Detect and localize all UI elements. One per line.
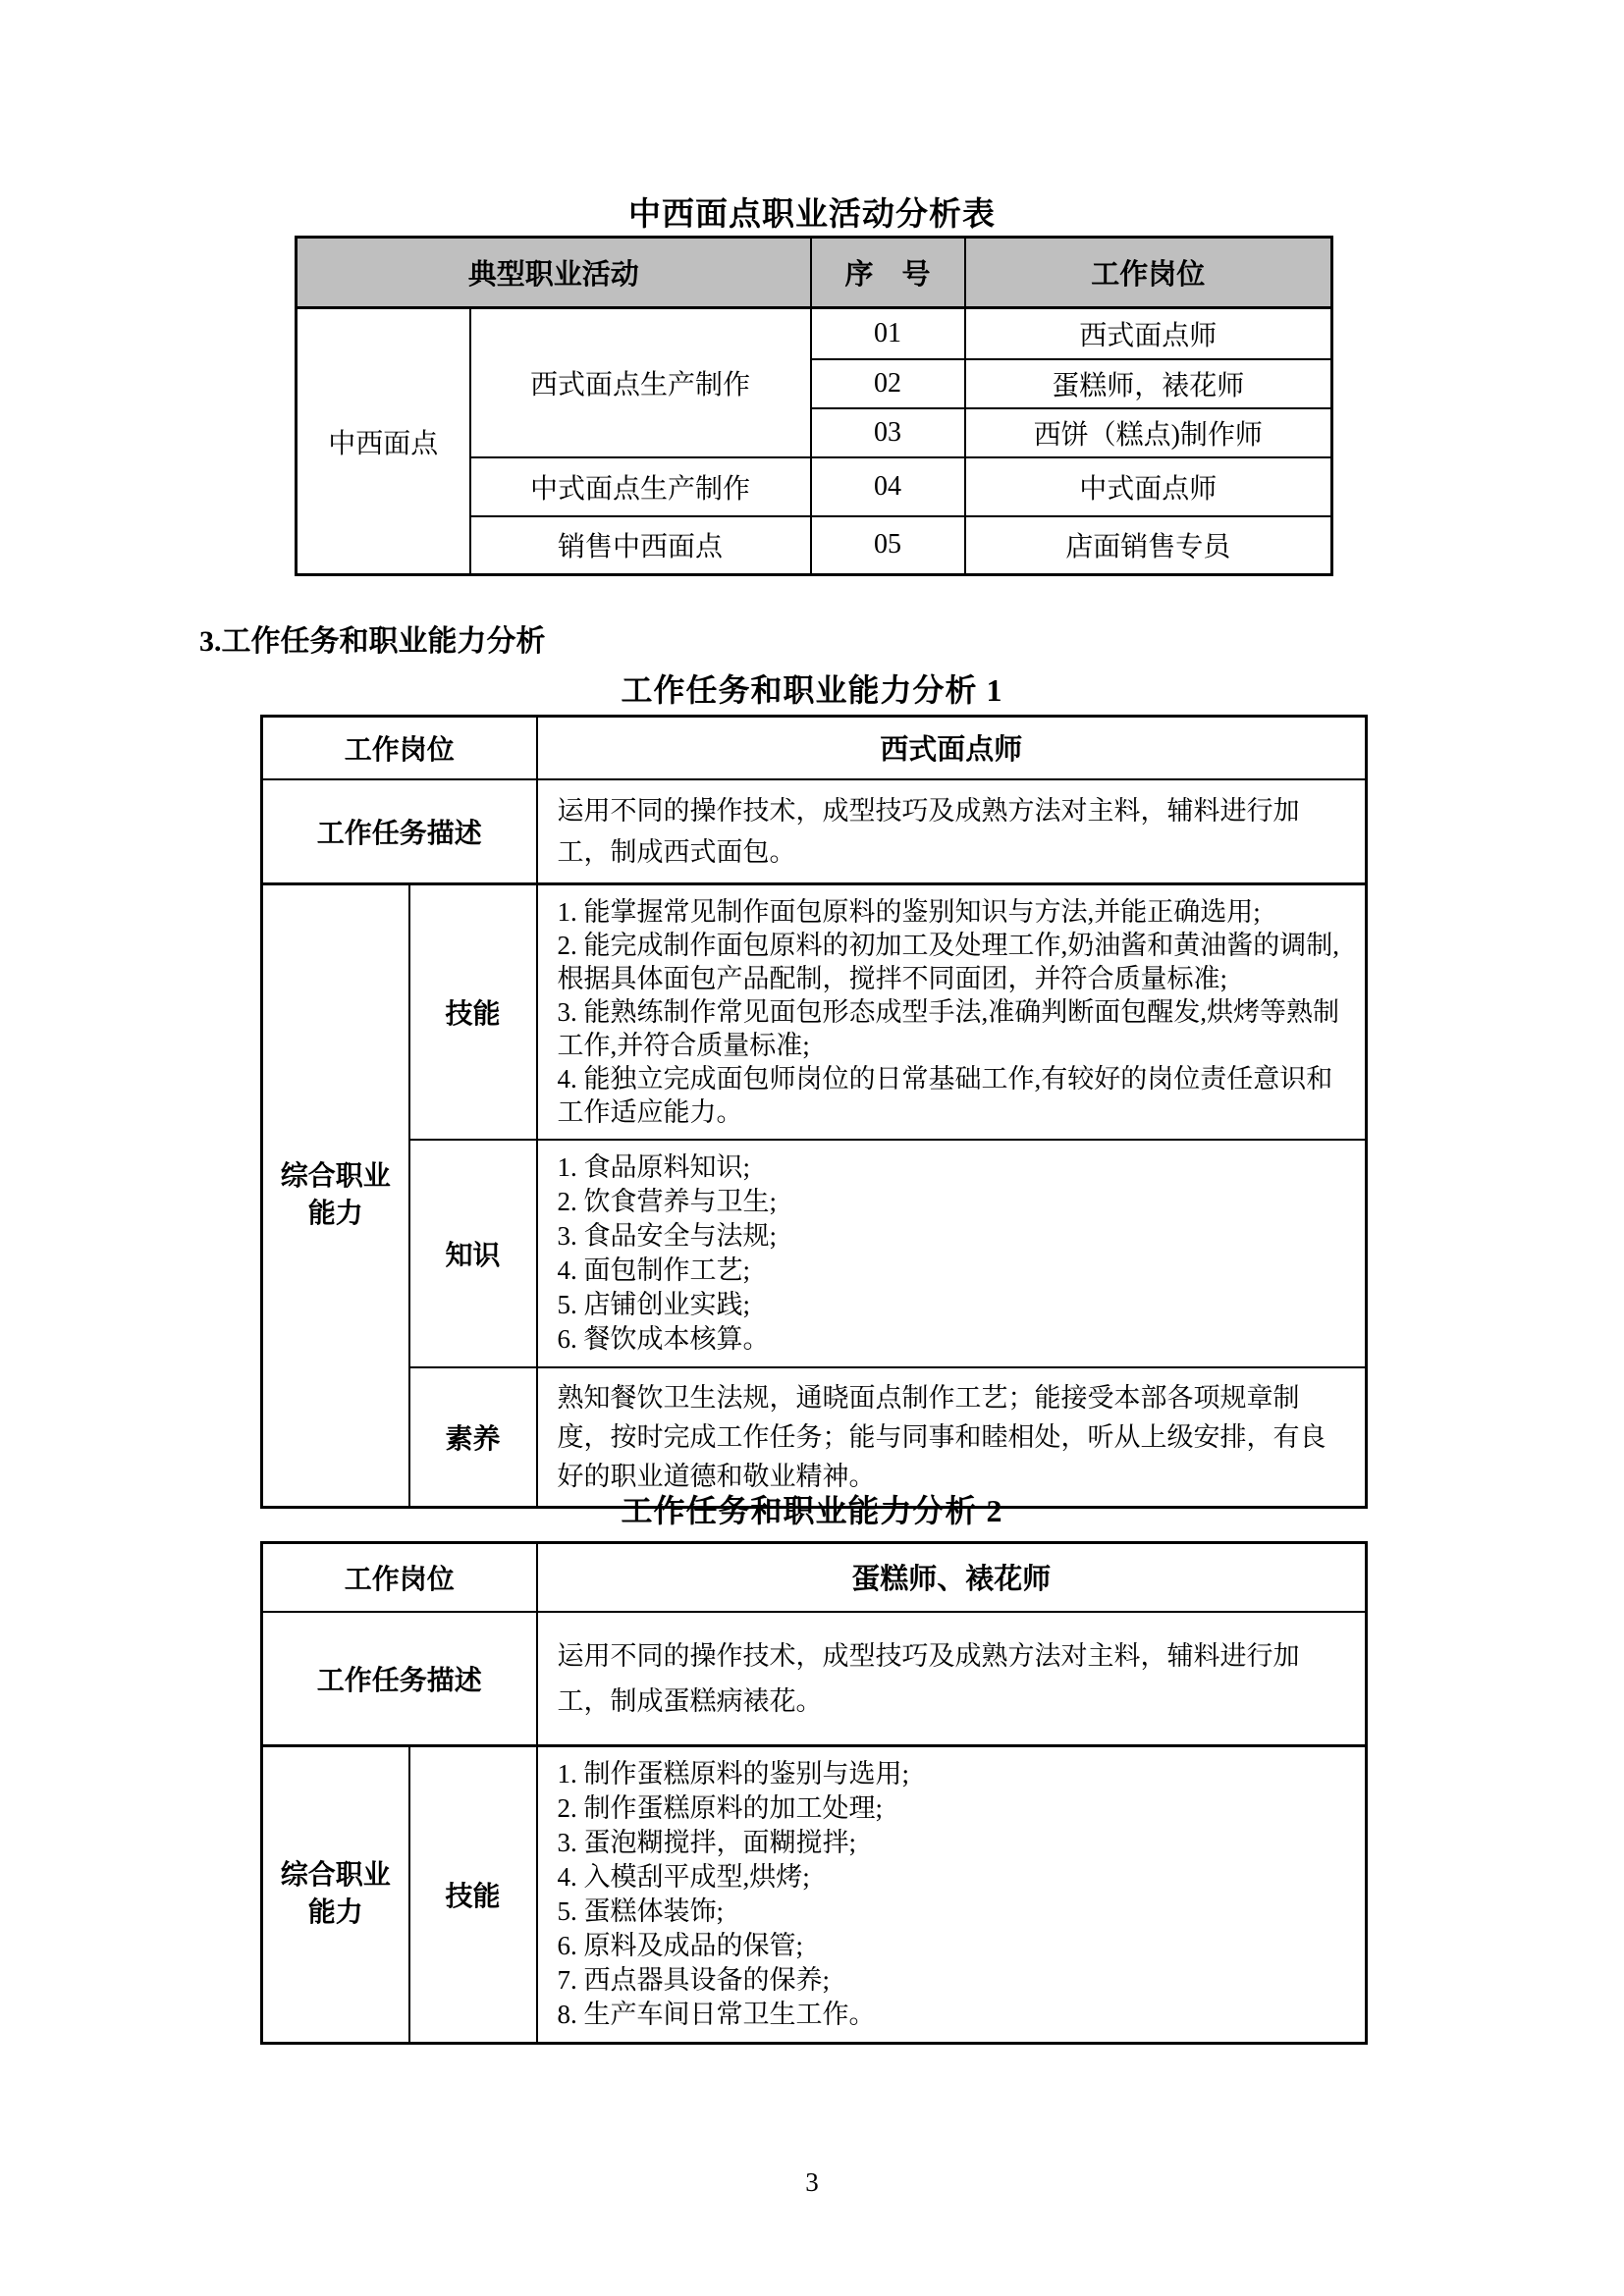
position-cell: 店面销售专员 xyxy=(965,516,1332,575)
list-item: 2. 能完成制作面包原料的初加工及处理工作,奶油酱和黄油酱的调制,根据具体面包产… xyxy=(558,929,1350,995)
table-row: 中西面点 西式面点生产制作 01 西式面点师 xyxy=(297,308,1332,359)
analysis2-title: 工作任务和职业能力分析 2 xyxy=(0,1486,1624,1531)
knowledge-label-cell: 知识 xyxy=(409,1140,537,1367)
serial-cell: 05 xyxy=(811,516,965,575)
activity-cell: 中式面点生产制作 xyxy=(470,457,811,516)
serial-cell: 02 xyxy=(811,359,965,408)
list-item: 1. 食品原料知识; xyxy=(558,1150,1350,1185)
job-label-cell: 工作岗位 xyxy=(262,1543,537,1612)
position-cell: 蛋糕师，裱花师 xyxy=(965,359,1332,408)
job-row: 工作岗位 西式面点师 xyxy=(262,717,1367,779)
category-cell: 中西面点 xyxy=(297,308,470,575)
ability-label: 综合职业能力 xyxy=(271,1857,401,1932)
task-row: 工作任务描述 运用不同的操作技术，成型技巧及成熟方法对主料，辅料进行加工，制成蛋… xyxy=(262,1612,1367,1746)
job-value-cell: 蛋糕师、裱花师 xyxy=(537,1543,1367,1612)
job-value-cell: 西式面点师 xyxy=(537,717,1367,779)
list-item: 6. 餐饮成本核算。 xyxy=(558,1322,1350,1357)
ability-label-cell: 综合职业能力 xyxy=(262,883,409,1507)
list-item: 4. 入模刮平成型,烘烤; xyxy=(558,1860,1350,1895)
position-cell: 中式面点师 xyxy=(965,457,1332,516)
list-item: 2. 饮食营养与卫生; xyxy=(558,1185,1350,1219)
task-value-cell: 运用不同的操作技术，成型技巧及成熟方法对主料，辅料进行加工，制成蛋糕病裱花。 xyxy=(537,1612,1367,1746)
task-label-cell: 工作任务描述 xyxy=(262,779,537,884)
list-item: 7. 西点器具设备的保养; xyxy=(558,1963,1350,1998)
list-item: 5. 店铺创业实践; xyxy=(558,1288,1350,1322)
serial-cell: 04 xyxy=(811,457,965,516)
activity-cell: 西式面点生产制作 xyxy=(470,308,811,457)
task-value-cell: 运用不同的操作技术，成型技巧及成熟方法对主料，辅料进行加工，制成西式面包。 xyxy=(537,779,1367,884)
list-item: 1. 能掌握常见制作面包原料的鉴别知识与方法,并能正确选用; xyxy=(558,895,1350,929)
analysis2-table: 工作岗位 蛋糕师、裱花师 工作任务描述 运用不同的操作技术，成型技巧及成熟方法对… xyxy=(260,1541,1368,2045)
list-item: 6. 原料及成品的保管; xyxy=(558,1929,1350,1963)
header-serial: 序 号 xyxy=(811,238,965,308)
skill-label-cell: 技能 xyxy=(409,883,537,1140)
ability-label-cell: 综合职业能力 xyxy=(262,1746,409,2044)
list-item: 3. 蛋泡糊搅拌，面糊搅拌; xyxy=(558,1826,1350,1860)
list-item: 8. 生产车间日常卫生工作。 xyxy=(558,1998,1350,2032)
task-label-cell: 工作任务描述 xyxy=(262,1612,537,1746)
list-item: 3. 能熟练制作常见面包形态成型手法,准确判断面包醒发,烘烤等熟制工作,并符合质… xyxy=(558,995,1350,1062)
knowledge-row: 知识 1. 食品原料知识;2. 饮食营养与卫生;3. 食品安全与法规;4. 面包… xyxy=(262,1140,1367,1367)
list-item: 2. 制作蛋糕原料的加工处理; xyxy=(558,1791,1350,1826)
serial-cell: 01 xyxy=(811,308,965,359)
skill-list-cell: 1. 制作蛋糕原料的鉴别与选用;2. 制作蛋糕原料的加工处理;3. 蛋泡糊搅拌，… xyxy=(537,1746,1367,2044)
list-item: 5. 蛋糕体装饰; xyxy=(558,1895,1350,1929)
knowledge-list-cell: 1. 食品原料知识;2. 饮食营养与卫生;3. 食品安全与法规;4. 面包制作工… xyxy=(537,1140,1367,1367)
list-item: 4. 面包制作工艺; xyxy=(558,1254,1350,1288)
skill-label-cell: 技能 xyxy=(409,1746,537,2044)
table1-title: 中西面点职业活动分析表 xyxy=(0,188,1624,235)
skill-list-cell: 1. 能掌握常见制作面包原料的鉴别知识与方法,并能正确选用;2. 能完成制作面包… xyxy=(537,883,1367,1140)
position-cell: 西饼（糕点)制作师 xyxy=(965,408,1332,457)
list-item: 4. 能独立完成面包师岗位的日常基础工作,有较好的岗位责任意识和工作适应能力。 xyxy=(558,1062,1350,1129)
section-heading: 3.工作任务和职业能力分析 xyxy=(199,616,546,660)
header-position: 工作岗位 xyxy=(965,238,1332,308)
table-header-row: 典型职业活动 序 号 工作岗位 xyxy=(297,238,1332,308)
activity-cell: 销售中西面点 xyxy=(470,516,811,575)
analysis1-table: 工作岗位 西式面点师 工作任务描述 运用不同的操作技术，成型技巧及成熟方法对主料… xyxy=(260,715,1368,1509)
ability-label: 综合职业能力 xyxy=(271,1158,401,1233)
skill-row: 综合职业能力 技能 1. 制作蛋糕原料的鉴别与选用;2. 制作蛋糕原料的加工处理… xyxy=(262,1746,1367,2044)
document-page: 中西面点职业活动分析表 典型职业活动 序 号 工作岗位 中西面点 西式面点生产制… xyxy=(0,0,1624,2296)
skill-row: 综合职业能力 技能 1. 能掌握常见制作面包原料的鉴别知识与方法,并能正确选用;… xyxy=(262,883,1367,1140)
page-number: 3 xyxy=(0,2167,1624,2198)
analysis1-title: 工作任务和职业能力分析 1 xyxy=(0,666,1624,711)
serial-cell: 03 xyxy=(811,408,965,457)
job-label-cell: 工作岗位 xyxy=(262,717,537,779)
position-cell: 西式面点师 xyxy=(965,308,1332,359)
list-item: 3. 食品安全与法规; xyxy=(558,1219,1350,1254)
occupational-activity-table: 典型职业活动 序 号 工作岗位 中西面点 西式面点生产制作 01 西式面点师 0… xyxy=(295,236,1333,576)
job-row: 工作岗位 蛋糕师、裱花师 xyxy=(262,1543,1367,1612)
header-typical-activity: 典型职业活动 xyxy=(297,238,811,308)
list-item: 1. 制作蛋糕原料的鉴别与选用; xyxy=(558,1757,1350,1791)
task-row: 工作任务描述 运用不同的操作技术，成型技巧及成熟方法对主料，辅料进行加工，制成西… xyxy=(262,779,1367,884)
